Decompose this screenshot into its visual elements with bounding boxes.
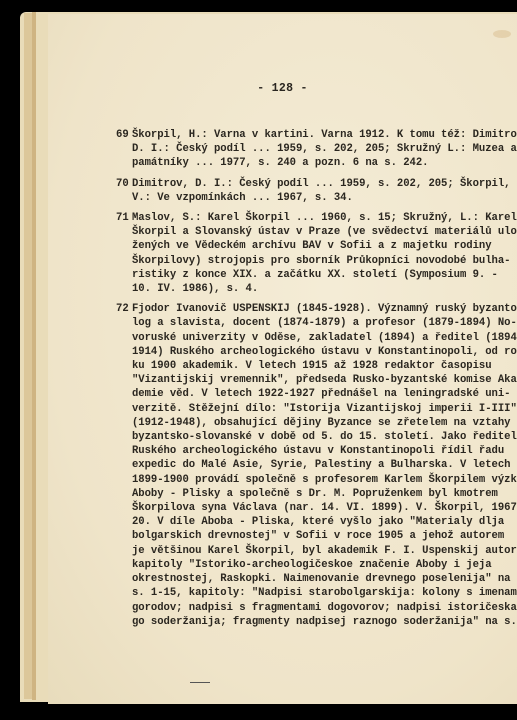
footnote-line: log a slavista, docent (1874-1879) a pro…: [132, 316, 516, 330]
footnote-line: Škorpilova syna Václava (nar. 14. VI. 18…: [132, 501, 516, 515]
page-edge-shadow: [32, 12, 36, 700]
footnote-line: verzitě. Stěžejní dílo: "Istorija Vizant…: [132, 402, 516, 416]
footnote-line: voruské univerzity v Oděse, zakladatel (…: [132, 331, 516, 345]
footnotes-list: 69Škorpil, H.: Varna v kartini. Varna 19…: [116, 128, 516, 635]
footnote-line: Maslov, S.: Karel Škorpil ... 1960, s. 1…: [132, 211, 516, 225]
footnote-line: gorodov; nadpisi s fragmentami dogovorov…: [132, 601, 516, 615]
footnote-line: go soderžanija; fragmenty nadpisej razno…: [132, 615, 516, 629]
footnote-line: byzantsko-slovanské v době od 5. do 15. …: [132, 430, 516, 444]
footnote-number: 70: [116, 177, 129, 191]
footnote-line: okrestnostej, Raskopki. Naimenovanie dre…: [132, 572, 516, 586]
footnote-line: demie věd. V letech 1922-1927 přednášel …: [132, 387, 516, 401]
footnote-line: žených ve Vědeckém archívu BAV v Sofii a…: [132, 239, 516, 253]
footnote-text: Škorpil, H.: Varna v kartini. Varna 1912…: [132, 128, 516, 171]
footnote-line: s. 1-15, kapitoly: "Nadpisi starobolgars…: [132, 586, 516, 600]
footnote-text: Maslov, S.: Karel Škorpil ... 1960, s. 1…: [132, 211, 516, 296]
footnote-line: Škorpilovy) strojopis pro sborník Průkop…: [132, 254, 516, 268]
footnote: 71Maslov, S.: Karel Škorpil ... 1960, s.…: [116, 211, 516, 296]
footnote-line: Škorpil a Slovanský ústav v Praze (ve sv…: [132, 225, 516, 239]
footnote-text: Dimitrov, D. I.: Český podíl ... 1959, s…: [132, 177, 516, 205]
footnote-line: Fjodor Ivanovič USPENSKIJ (1845-1928). V…: [132, 302, 516, 316]
page-number: - 128 -: [48, 82, 517, 95]
footnote-line: (1912-1948), obsahující dějiny Byzance s…: [132, 416, 516, 430]
footnote: 72Fjodor Ivanovič USPENSKIJ (1845-1928).…: [116, 302, 516, 629]
footnote-line: Dimitrov, D. I.: Český podíl ... 1959, s…: [132, 177, 516, 191]
footnote-line: 1899-1900 provádí společně s profesorem …: [132, 473, 516, 487]
document-page: - 128 - 69Škorpil, H.: Varna v kartini. …: [48, 14, 517, 704]
footnote-number: 72: [116, 302, 129, 316]
footnote-line: expedic do Malé Asie, Syrie, Palestiny a…: [132, 458, 516, 472]
footnote-line: kapitoly "Istoriko-archeologičeskoe znač…: [132, 558, 516, 572]
footnote-line: 1914) Ruského archeologického ústavu v K…: [132, 345, 516, 359]
footnote: 70Dimitrov, D. I.: Český podíl ... 1959,…: [116, 177, 516, 205]
footnote-line: V.: Ve vzpomínkách ... 1967, s. 34.: [132, 191, 516, 205]
paper-stain: [493, 30, 511, 38]
paper-mark: [190, 682, 210, 683]
footnote-line: 20. V díle Aboba - Pliska, které vyšlo j…: [132, 515, 516, 529]
footnote-line: Škorpil, H.: Varna v kartini. Varna 1912…: [132, 128, 516, 142]
footnote-line: památníky ... 1977, s. 240 a pozn. 6 na …: [132, 156, 516, 170]
footnote: 69Škorpil, H.: Varna v kartini. Varna 19…: [116, 128, 516, 171]
footnote-line: ku 1900 akademik. V letech 1915 až 1928 …: [132, 359, 516, 373]
footnote-number: 71: [116, 211, 129, 225]
footnote-line: Ruského archeologického ústavu v Konstan…: [132, 444, 516, 458]
footnote-line: bolgarskich drevnostej" v Sofii v roce 1…: [132, 529, 516, 543]
footnote-line: 10. IV. 1986), s. 4.: [132, 282, 516, 296]
footnote-line: ristiky z konce XIX. a začátku XX. stole…: [132, 268, 516, 282]
footnote-line: "Vizantijskij vremennik", předseda Rusko…: [132, 373, 516, 387]
footnote-line: D. I.: Český podíl ... 1959, s. 202, 205…: [132, 142, 516, 156]
footnote-line: je většinou Karel Škorpil, byl akademik …: [132, 544, 516, 558]
footnote-number: 69: [116, 128, 129, 142]
footnote-text: Fjodor Ivanovič USPENSKIJ (1845-1928). V…: [132, 302, 516, 629]
footnote-line: Aboby - Plisky a společně s Dr. M. Popru…: [132, 487, 516, 501]
